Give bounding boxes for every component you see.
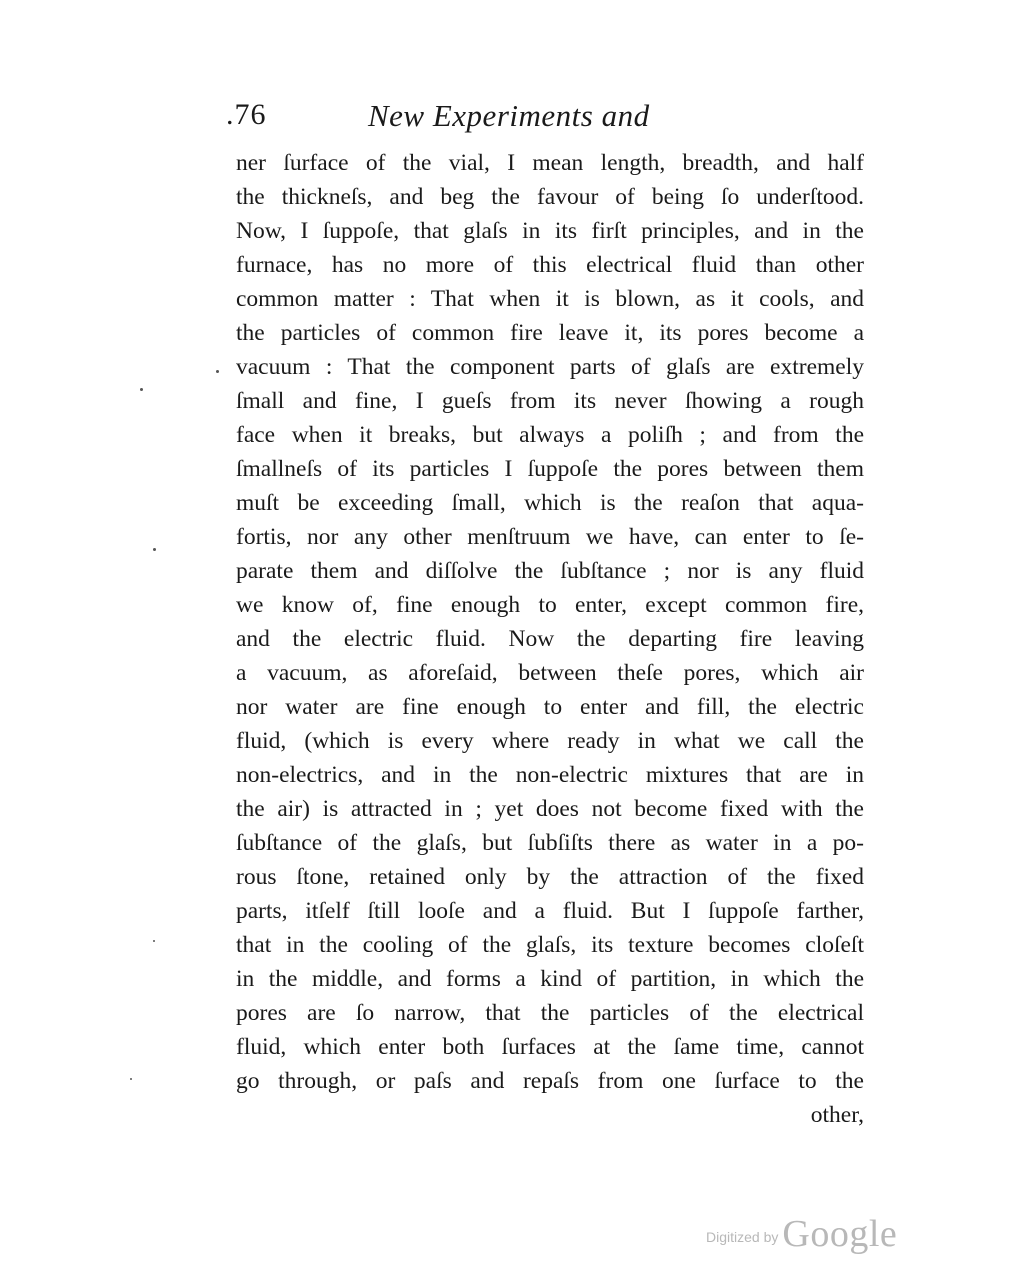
- google-watermark: Digitized by Google: [706, 1212, 897, 1256]
- scan-speck: [153, 940, 155, 942]
- running-title: New Experiments and: [368, 98, 650, 134]
- text-line: the thickneſs, and beg the favour of bei…: [236, 180, 864, 214]
- watermark-prefix: Digitized by: [706, 1229, 778, 1245]
- text-line: non-electrics, and in the non-electric m…: [236, 758, 864, 792]
- text-line: pores are ſo narrow, that the particles …: [236, 996, 864, 1030]
- scan-speck: [216, 370, 219, 373]
- text-line: Now, I ſuppoſe, that glaſs in its firſt …: [236, 214, 864, 248]
- text-line: a vacuum, as aforeſaid, between theſe po…: [236, 656, 864, 690]
- google-logo: Google: [782, 1213, 897, 1255]
- scan-speck: [130, 1078, 132, 1080]
- running-head: .76 New Experiments and: [226, 98, 866, 138]
- text-line: go through, or paſs and repaſs from one …: [236, 1064, 864, 1098]
- text-line: that in the cooling of the glaſs, its te…: [236, 928, 864, 962]
- text-line: muſt be exceeding ſmall, which is the re…: [236, 486, 864, 520]
- text-line: fluid, which enter both ſurfaces at the …: [236, 1030, 864, 1064]
- scanned-book-page: .76 New Experiments and ner ſurface of t…: [0, 0, 1014, 1282]
- body-text: ner ſurface of the vial, I mean length, …: [236, 146, 864, 1132]
- text-line: and the electric fluid. Now the departin…: [236, 622, 864, 656]
- text-line: vacuum : That the component parts of gla…: [236, 350, 864, 384]
- text-line: we know of, fine enough to enter, except…: [236, 588, 864, 622]
- text-line: ſmall and fine, I gueſs from its never ſ…: [236, 384, 864, 418]
- scan-speck: [153, 548, 156, 551]
- text-line: nor water are fine enough to enter and f…: [236, 690, 864, 724]
- text-line: rous ſtone, retained only by the attract…: [236, 860, 864, 894]
- catchword: other,: [236, 1098, 864, 1132]
- text-line: fluid, (which is every where ready in wh…: [236, 724, 864, 758]
- text-line: ſubſtance of the glaſs, but ſubſiſts the…: [236, 826, 864, 860]
- text-line: the particles of common fire leave it, i…: [236, 316, 864, 350]
- text-line: face when it breaks, but always a poliſh…: [236, 418, 864, 452]
- text-line: common matter : That when it is blown, a…: [236, 282, 864, 316]
- page-number: .76: [226, 98, 267, 132]
- text-line: furnace, has no more of this electrical …: [236, 248, 864, 282]
- text-line: in the middle, and forms a kind of parti…: [236, 962, 864, 996]
- text-line: fortis, nor any other menſtruum we have,…: [236, 520, 864, 554]
- scan-speck: [140, 388, 143, 391]
- text-line: the air) is attracted in ; yet does not …: [236, 792, 864, 826]
- text-line: parate them and diſſolve the ſubſtance ;…: [236, 554, 864, 588]
- text-line: ner ſurface of the vial, I mean length, …: [236, 146, 864, 180]
- text-line: parts, itſelf ſtill looſe and a fluid. B…: [236, 894, 864, 928]
- text-line: ſmallneſs of its particles I ſuppoſe the…: [236, 452, 864, 486]
